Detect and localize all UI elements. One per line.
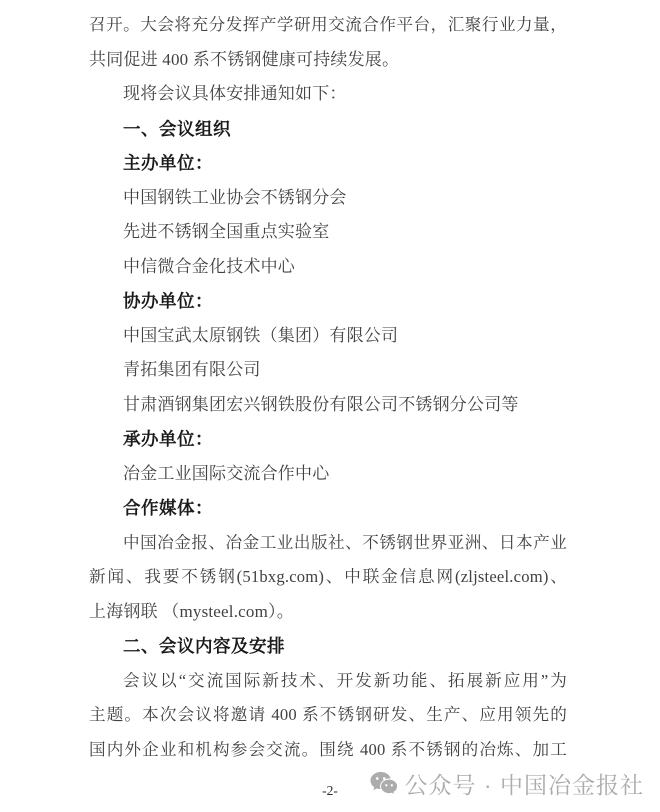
section-heading: 主办单位： — [89, 146, 567, 181]
text-line: 现将会议具体安排通知如下： — [89, 77, 567, 112]
section-heading: 合作媒体： — [89, 491, 567, 526]
document-page: 召开。大会将充分发挥产学研用交流合作平台，汇聚行业力量，共同促进 400 系不锈… — [0, 0, 660, 812]
section-heading: 协办单位： — [89, 284, 567, 319]
watermark-text: 公众号 · 中国冶金报社 — [405, 767, 644, 800]
section-heading: 承办单位： — [89, 422, 567, 457]
wechat-icon — [370, 771, 398, 796]
text-line: 国内外企业和机构参会交流。围绕 400 系不锈钢的冶炼、加工 — [89, 733, 567, 768]
text-line: 甘肃酒钢集团宏兴钢铁股份有限公司不锈钢分公司等 — [89, 388, 567, 423]
text-line: 冶金工业国际交流合作中心 — [89, 457, 567, 492]
text-line: 会议以“交流国际新技术、开发新功能、拓展新应用”为 — [89, 664, 567, 699]
text-line: 先进不锈钢全国重点实验室 — [89, 215, 567, 250]
text-line: 中国钢铁工业协会不锈钢分会 — [89, 181, 567, 216]
section-heading: 二、会议内容及安排 — [89, 629, 567, 664]
text-line: 中国冶金报、冶金工业出版社、不锈钢世界亚洲、日本产业 — [89, 526, 567, 561]
text-line: 新闻、我要不锈钢(51bxg.com)、中联金信息网(zljsteel.com)… — [89, 560, 567, 595]
text-line: 中信微合金化技术中心 — [89, 250, 567, 285]
text-line: 主题。本次会议将邀请 400 系不锈钢研发、生产、应用领先的 — [89, 698, 567, 733]
watermark: 公众号 · 中国冶金报社 — [370, 767, 644, 800]
text-line: 共同促进 400 系不锈钢健康可持续发展。 — [89, 43, 567, 78]
text-line: 召开。大会将充分发挥产学研用交流合作平台，汇聚行业力量， — [89, 8, 567, 43]
document-body: 召开。大会将充分发挥产学研用交流合作平台，汇聚行业力量，共同促进 400 系不锈… — [89, 8, 567, 767]
text-line: 上海钢联 （mysteel.com）。 — [89, 595, 567, 630]
text-line: 中国宝武太原钢铁（集团）有限公司 — [89, 319, 567, 354]
text-line: 青拓集团有限公司 — [89, 353, 567, 388]
section-heading: 一、会议组织 — [89, 112, 567, 147]
